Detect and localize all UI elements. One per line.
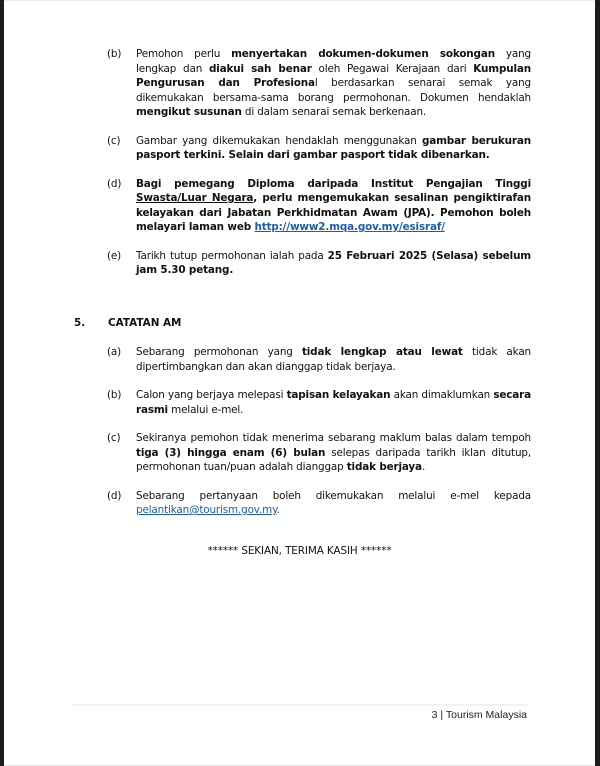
list-item: (a)Sebarang permohonan yang tidak lengka… [107, 345, 531, 374]
item-marker: (a) [107, 345, 121, 360]
text-run: tidak berjaya [347, 461, 422, 473]
text-run: akan dimaklumkan [390, 389, 493, 401]
closing-remark: ****** SEKIAN, TERIMA KASIH ****** [4, 545, 595, 557]
item-marker: (c) [107, 431, 120, 446]
list-item: (b)Pemohon perlu menyertakan dokumen-dok… [107, 47, 531, 120]
footer-divider [72, 704, 528, 706]
general-notes-list: (a)Sebarang permohonan yang tidak lengka… [107, 345, 531, 518]
text-run: oleh Pegawai Kerajaan dari [312, 63, 474, 75]
page-footer: 3 | Tourism Malaysia [432, 709, 527, 721]
text-run: Tarikh tutup permohonan ialah pada [136, 250, 328, 262]
section-number: 5. [74, 316, 85, 331]
text-run: tidak lengkap atau lewat [302, 346, 463, 358]
document-page: (b)Pemohon perlu menyertakan dokumen-dok… [4, 0, 595, 766]
text-run: Swasta/Luar Negara [136, 192, 253, 204]
text-run: mengikut susunan [136, 106, 242, 118]
text-run: . [422, 461, 425, 473]
list-item: (c)Sekiranya pemohon tidak menerima seba… [107, 431, 531, 475]
text-run: . [277, 504, 280, 516]
text-run: tapisan kelayakan [287, 389, 391, 401]
text-run: diakui sah benar [209, 63, 312, 75]
item-marker: (d) [107, 177, 121, 192]
text-run: Bagi pemegang Diploma daripada Institut … [136, 178, 531, 190]
text-run: Pemohon perlu [136, 48, 231, 60]
text-run: di dalam senarai semak berkenaan. [242, 106, 426, 118]
link[interactable]: http://www2.mqa.gov.my/esisraf/ [255, 221, 445, 233]
item-marker: (b) [107, 47, 121, 62]
item-marker: (c) [107, 134, 120, 149]
link[interactable]: pelantikan@tourism.gov.my [136, 504, 277, 516]
text-run: tiga (3) hingga enam (6) bulan [136, 447, 325, 459]
list-item: (d)Bagi pemegang Diploma daripada Instit… [107, 177, 531, 235]
text-run: Sekiranya pemohon tidak menerima sebaran… [136, 432, 531, 444]
item-marker: (b) [107, 388, 121, 403]
text-run: menyertakan dokumen-dokumen sokongan [231, 48, 495, 60]
text-run: Calon yang berjaya melepasi [136, 389, 287, 401]
item-marker: (d) [107, 489, 121, 504]
list-item: (e)Tarikh tutup permohonan ialah pada 25… [107, 249, 531, 278]
section-title: CATATAN AM [108, 316, 181, 331]
list-item: (d)Sebarang pertanyaan boleh dikemukakan… [107, 489, 531, 518]
requirements-list: (b)Pemohon perlu menyertakan dokumen-dok… [107, 47, 531, 278]
list-item: (c)Gambar yang dikemukakan hendaklah men… [107, 134, 531, 163]
text-run: melalui e-mel. [168, 404, 243, 416]
text-run: Gambar yang dikemukakan hendaklah menggu… [136, 135, 422, 147]
text-run: Sebarang pertanyaan boleh dikemukakan me… [136, 490, 531, 502]
list-item: (b)Calon yang berjaya melepasi tapisan k… [107, 388, 531, 417]
item-marker: (e) [107, 249, 121, 264]
text-run: Sebarang permohonan yang [136, 346, 302, 358]
